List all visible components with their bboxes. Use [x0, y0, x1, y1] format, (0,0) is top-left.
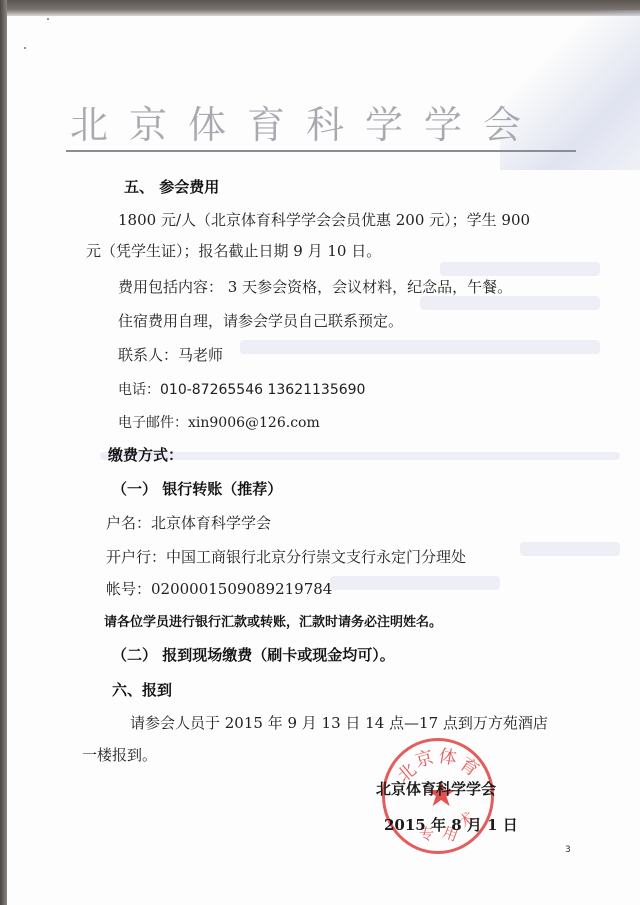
payment-option-bank: （一） 银行转账（推荐） [112, 478, 282, 499]
bank-branch: 开户行：中国工商银行北京分行崇文支行永定门分理处 [106, 546, 466, 567]
scan-speck [24, 47, 26, 49]
page-number: 3 [565, 845, 571, 855]
payment-note: 请各位学员进行银行汇款或转账，汇款时请务必注明姓名。 [104, 611, 442, 630]
registration-line-1: 请参会人员于 2015 年 9 月 13 日 14 点—17 点到万方苑酒店 [130, 712, 548, 733]
fee-includes: 费用包括内容： 3 天参会资格，会议材料，纪念品，午餐。 [118, 276, 512, 297]
payment-heading: 缴费方式： [108, 444, 183, 465]
letterhead-divider [66, 150, 576, 152]
contact-email: 电子邮件：xin9006@126.com [118, 412, 320, 432]
account-name: 户名：北京体育科学学会 [106, 512, 271, 533]
payment-option-onsite: （二） 报到现场缴费（刷卡或现金均可）。 [112, 644, 395, 665]
fee-line-1: 1800 元/人（北京体育科学学会会员优惠 200 元）；学生 900 [118, 209, 530, 230]
signature-organization: 北京体育科学学会 [376, 778, 496, 799]
section-heading-registration: 六、报到 [112, 679, 172, 700]
contact-person: 联系人：马老师 [118, 344, 223, 365]
scan-edge-left [0, 0, 7, 905]
signature-date: 2015 年 8 月 1 日 [384, 814, 518, 835]
accommodation-note: 住宿费用自理，请参会学员自己联系预定。 [118, 310, 403, 331]
account-number: 帐号：0200001509089219784 [106, 578, 332, 599]
section-heading-fees: 五、 参会费用 [124, 176, 219, 197]
bleed-through [240, 340, 600, 354]
bleed-through [520, 542, 620, 556]
bleed-through [330, 576, 500, 590]
bleed-through [420, 296, 600, 310]
document-page: 北京体育科学学会 五、 参会费用 1800 元/人（北京体育科学学会会员优惠 2… [0, 0, 640, 905]
seal-char: 体 [437, 742, 459, 771]
contact-phone: 电话：010-87265546 13621135690 [118, 379, 365, 399]
letterhead-title: 北京体育科学学会 [70, 94, 590, 149]
fee-line-2: 元（凭学生证）；报名截止日期 9 月 10 日。 [86, 240, 381, 261]
bleed-through [440, 262, 600, 276]
scan-speck [47, 18, 49, 20]
registration-line-2: 一楼报到。 [82, 744, 157, 765]
